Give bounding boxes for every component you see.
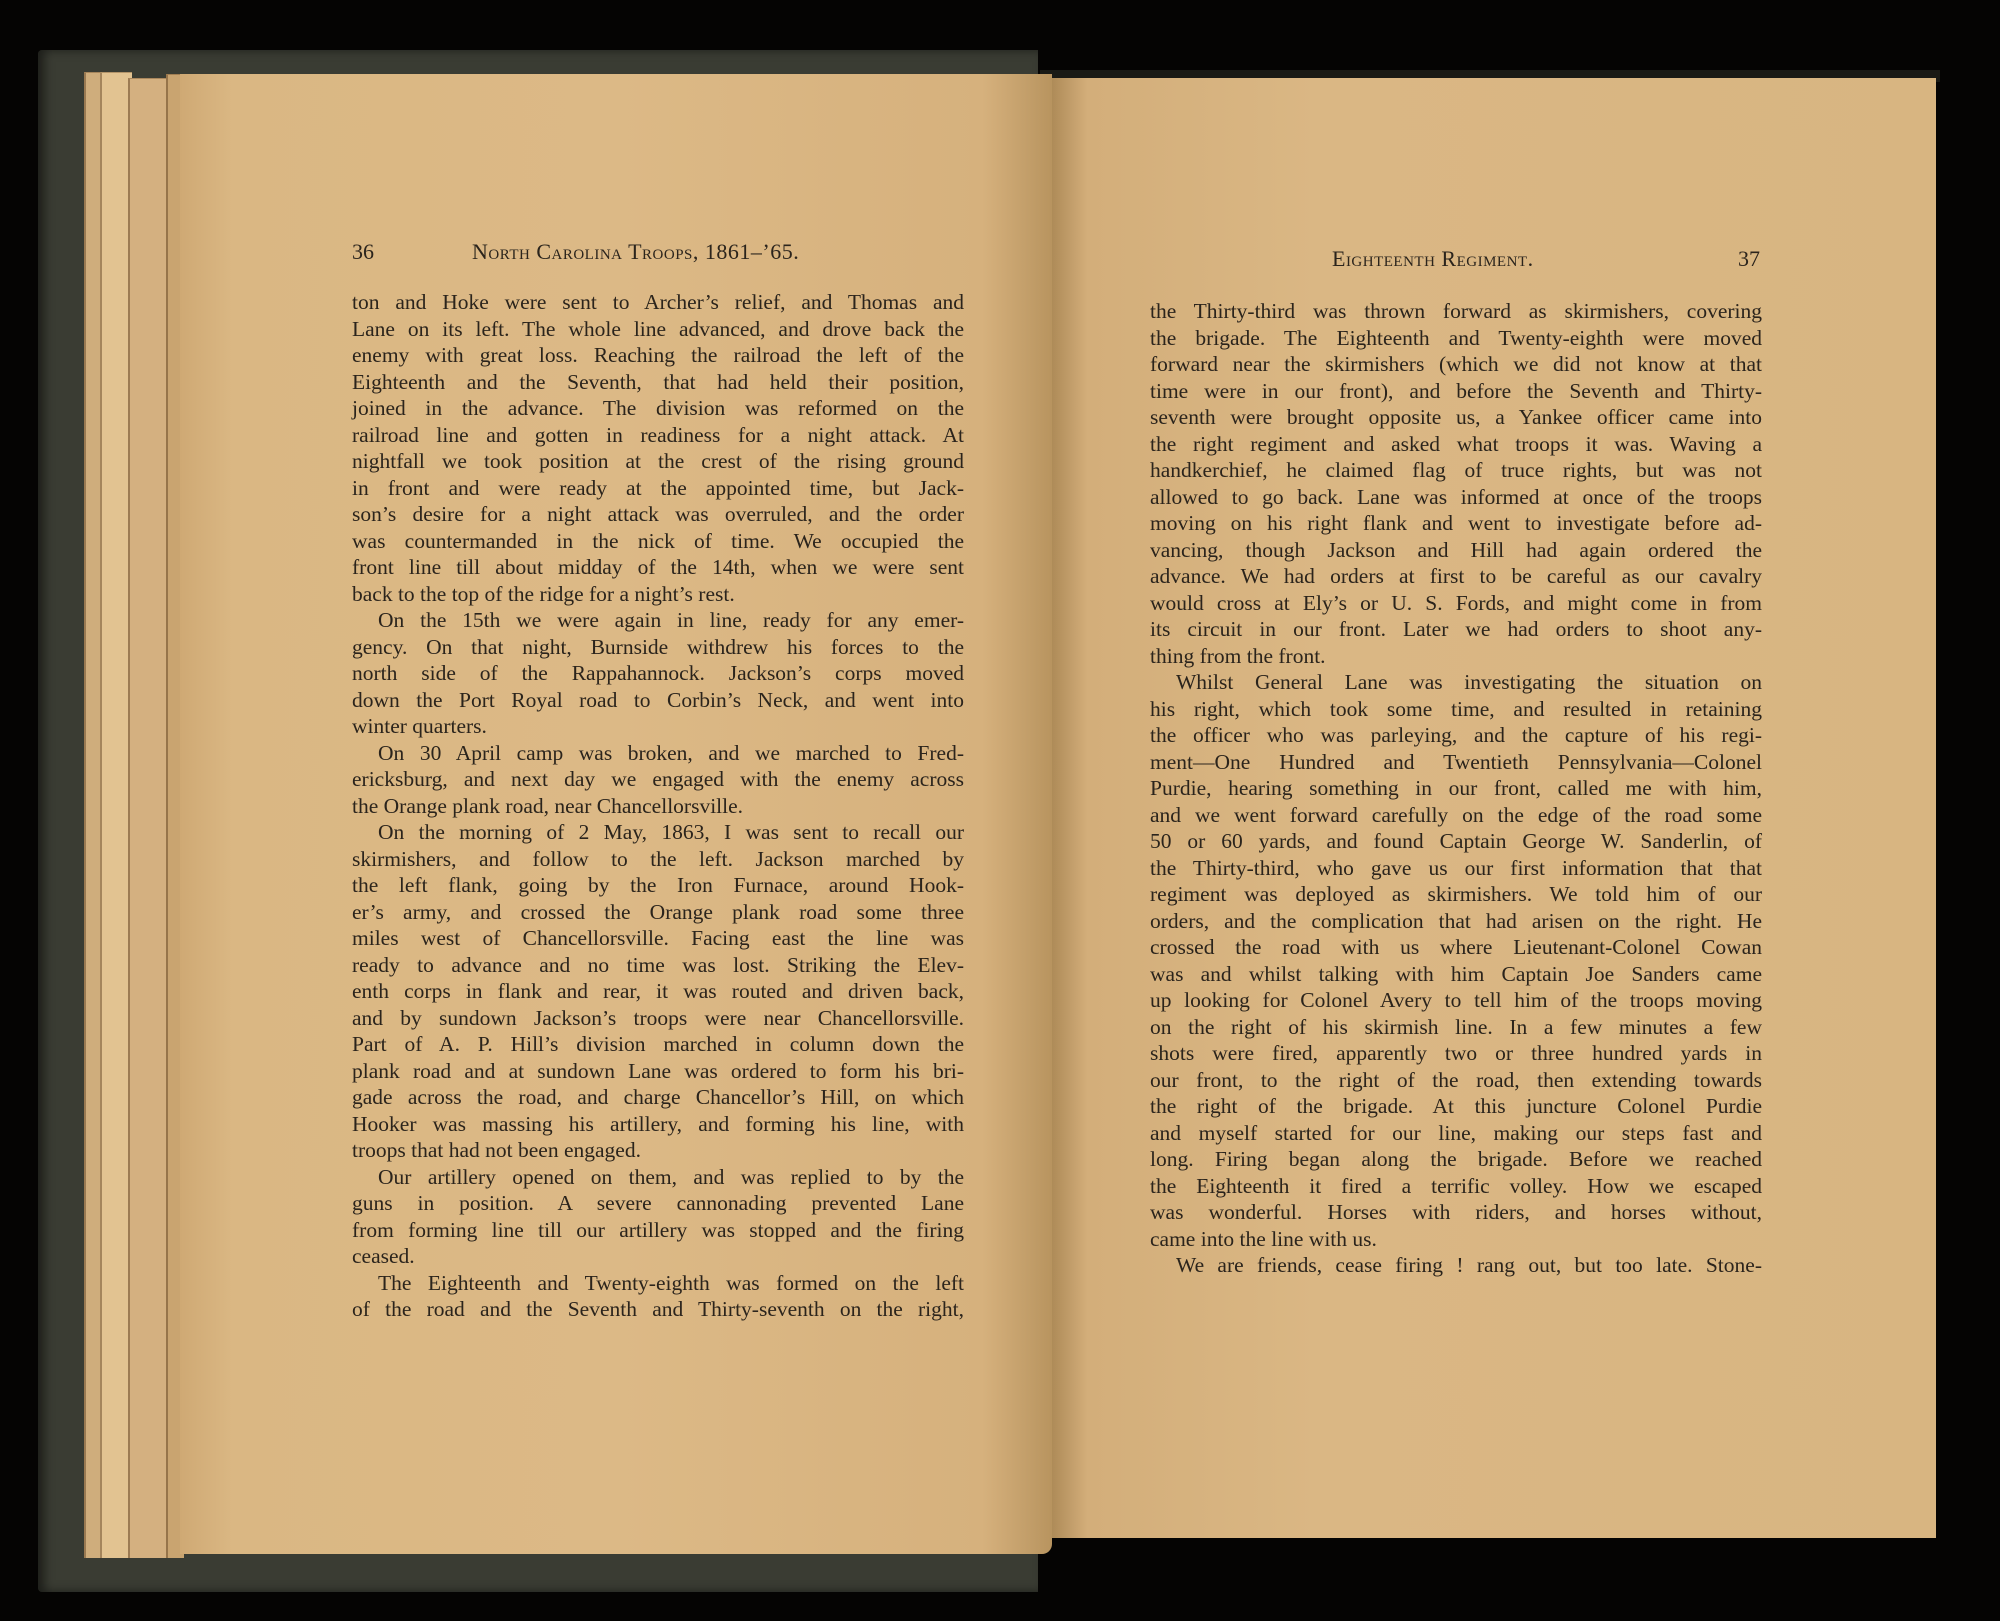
text-line: Hooker was massing his artillery, and fo… bbox=[352, 1111, 964, 1138]
text-line: orders, and the complication that had ar… bbox=[1150, 908, 1762, 935]
text-line: winter quarters. bbox=[352, 713, 964, 740]
text-line: the Orange plank road, near Chancellorsv… bbox=[352, 793, 964, 820]
text-line: Purdie, hearing something in our front, … bbox=[1150, 775, 1762, 802]
text-line: forward near the skirmishers (which we d… bbox=[1150, 351, 1762, 378]
text-line: the right regiment and asked what troops… bbox=[1150, 431, 1762, 458]
text-line: On the morning of 2 May, 1863, I was sen… bbox=[352, 819, 964, 846]
text-line: crossed the road with us where Lieutenan… bbox=[1150, 934, 1762, 961]
text-line: its circuit in our front. Later we had o… bbox=[1150, 616, 1762, 643]
page-text: ton and Hoke were sent to Archer’s relie… bbox=[352, 289, 964, 1323]
text-line: ready to advance and no time was lost. S… bbox=[352, 952, 964, 979]
text-line: shots were fired, apparently two or thre… bbox=[1150, 1040, 1762, 1067]
page-number: 36 bbox=[352, 239, 374, 265]
text-line: north side of the Rappahannock. Jackson’… bbox=[352, 660, 964, 687]
text-line: The Eighteenth and Twenty-eighth was for… bbox=[352, 1270, 964, 1297]
text-line: On 30 April camp was broken, and we marc… bbox=[352, 740, 964, 767]
text-line: of the road and the Seventh and Thirty-s… bbox=[352, 1296, 964, 1323]
text-line: up looking for Colonel Avery to tell him… bbox=[1150, 987, 1762, 1014]
text-line: the Thirty-third was thrown forward as s… bbox=[1150, 298, 1762, 325]
text-line: ericksburg, and next day we engaged with… bbox=[352, 766, 964, 793]
text-line: the right of the brigade. At this junctu… bbox=[1150, 1093, 1762, 1120]
text-line: seventh were brought opposite us, a Yank… bbox=[1150, 404, 1762, 431]
text-line: would cross at Ely’s or U. S. Fords, and… bbox=[1150, 590, 1762, 617]
text-line: the officer who was parleying, and the c… bbox=[1150, 722, 1762, 749]
text-line: his right, which took some time, and res… bbox=[1150, 696, 1762, 723]
page-number: 37 bbox=[1738, 246, 1760, 272]
text-line: railroad line and gotten in readiness fo… bbox=[352, 422, 964, 449]
text-line: joined in the advance. The division was … bbox=[352, 395, 964, 422]
text-line: nightfall we took position at the crest … bbox=[352, 448, 964, 475]
text-line: handkerchief, he claimed flag of truce r… bbox=[1150, 457, 1762, 484]
text-line: miles west of Chancellorsville. Facing e… bbox=[352, 925, 964, 952]
text-line: Lane on its left. The whole line advance… bbox=[352, 316, 964, 343]
text-line: from forming line till our artillery was… bbox=[352, 1217, 964, 1244]
text-line: plank road and at sundown Lane was order… bbox=[352, 1058, 964, 1085]
text-line: in front and were ready at the appointed… bbox=[352, 475, 964, 502]
running-head: Eighteenth Regiment. bbox=[1332, 246, 1534, 272]
text-line: and myself started for our line, making … bbox=[1150, 1120, 1762, 1147]
text-line: down the Port Royal road to Corbin’s Nec… bbox=[352, 687, 964, 714]
text-line: our front, to the right of the road, the… bbox=[1150, 1067, 1762, 1094]
text-line: er’s army, and crossed the Orange plank … bbox=[352, 899, 964, 926]
text-line: gade across the road, and charge Chancel… bbox=[352, 1084, 964, 1111]
page-text: the Thirty-third was thrown forward as s… bbox=[1150, 298, 1762, 1279]
text-line: was wonderful. Horses with riders, and h… bbox=[1150, 1199, 1762, 1226]
text-line: the brigade. The Eighteenth and Twenty-e… bbox=[1150, 325, 1762, 352]
text-line: ton and Hoke were sent to Archer’s relie… bbox=[352, 289, 964, 316]
text-line: troops that had not been engaged. bbox=[352, 1137, 964, 1164]
text-line: the Eighteenth it fired a terrific volle… bbox=[1150, 1173, 1762, 1200]
text-line: on the right of his skirmish line. In a … bbox=[1150, 1014, 1762, 1041]
text-line: gency. On that night, Burnside withdrew … bbox=[352, 634, 964, 661]
text-line: 50 or 60 yards, and found Captain George… bbox=[1150, 828, 1762, 855]
text-line: We are friends, cease firing ! rang out,… bbox=[1150, 1252, 1762, 1279]
text-line: Part of A. P. Hill’s division marched in… bbox=[352, 1031, 964, 1058]
page-stack-edge bbox=[128, 78, 170, 1558]
text-line: the left flank, going by the Iron Furnac… bbox=[352, 872, 964, 899]
text-line: ment—One Hundred and Twentieth Pennsylva… bbox=[1150, 749, 1762, 776]
text-line: regiment was deployed as skirmishers. We… bbox=[1150, 881, 1762, 908]
text-line: guns in position. A severe cannonading p… bbox=[352, 1190, 964, 1217]
right-page: Eighteenth Regiment. 37 the Thirty-third… bbox=[1052, 78, 1936, 1538]
text-line: long. Firing began along the brigade. Be… bbox=[1150, 1146, 1762, 1173]
left-page: 36 North Carolina Troops, 1861–’65. ton … bbox=[180, 74, 1052, 1554]
text-line: back to the top of the ridge for a night… bbox=[352, 581, 964, 608]
text-line: Whilst General Lane was investigating th… bbox=[1150, 669, 1762, 696]
text-line: enth corps in flank and rear, it was rou… bbox=[352, 978, 964, 1005]
text-line: the Thirty-third, who gave us our first … bbox=[1150, 855, 1762, 882]
text-line: was countermanded in the nick of time. W… bbox=[352, 528, 964, 555]
text-line: came into the line with us. bbox=[1150, 1226, 1762, 1253]
text-line: Eighteenth and the Seventh, that had hel… bbox=[352, 369, 964, 396]
running-head: North Carolina Troops, 1861–’65. bbox=[472, 239, 799, 265]
text-line: ceased. bbox=[352, 1243, 964, 1270]
text-line: and we went forward carefully on the edg… bbox=[1150, 802, 1762, 829]
text-line: front line till about midday of the 14th… bbox=[352, 554, 964, 581]
text-line: advance. We had orders at first to be ca… bbox=[1150, 563, 1762, 590]
text-line: moving on his right flank and went to in… bbox=[1150, 510, 1762, 537]
text-line: vancing, though Jackson and Hill had aga… bbox=[1150, 537, 1762, 564]
text-line: thing from the front. bbox=[1150, 643, 1762, 670]
text-line: and by sundown Jackson’s troops were nea… bbox=[352, 1005, 964, 1032]
text-line: was and whilst talking with him Captain … bbox=[1150, 961, 1762, 988]
text-line: enemy with great loss. Reaching the rail… bbox=[352, 342, 964, 369]
text-line: skirmishers, and follow to the left. Jac… bbox=[352, 846, 964, 873]
text-line: On the 15th we were again in line, ready… bbox=[352, 607, 964, 634]
text-line: allowed to go back. Lane was informed at… bbox=[1150, 484, 1762, 511]
text-line: time were in our front), and before the … bbox=[1150, 378, 1762, 405]
text-line: son’s desire for a night attack was over… bbox=[352, 501, 964, 528]
text-line: Our artillery opened on them, and was re… bbox=[352, 1164, 964, 1191]
